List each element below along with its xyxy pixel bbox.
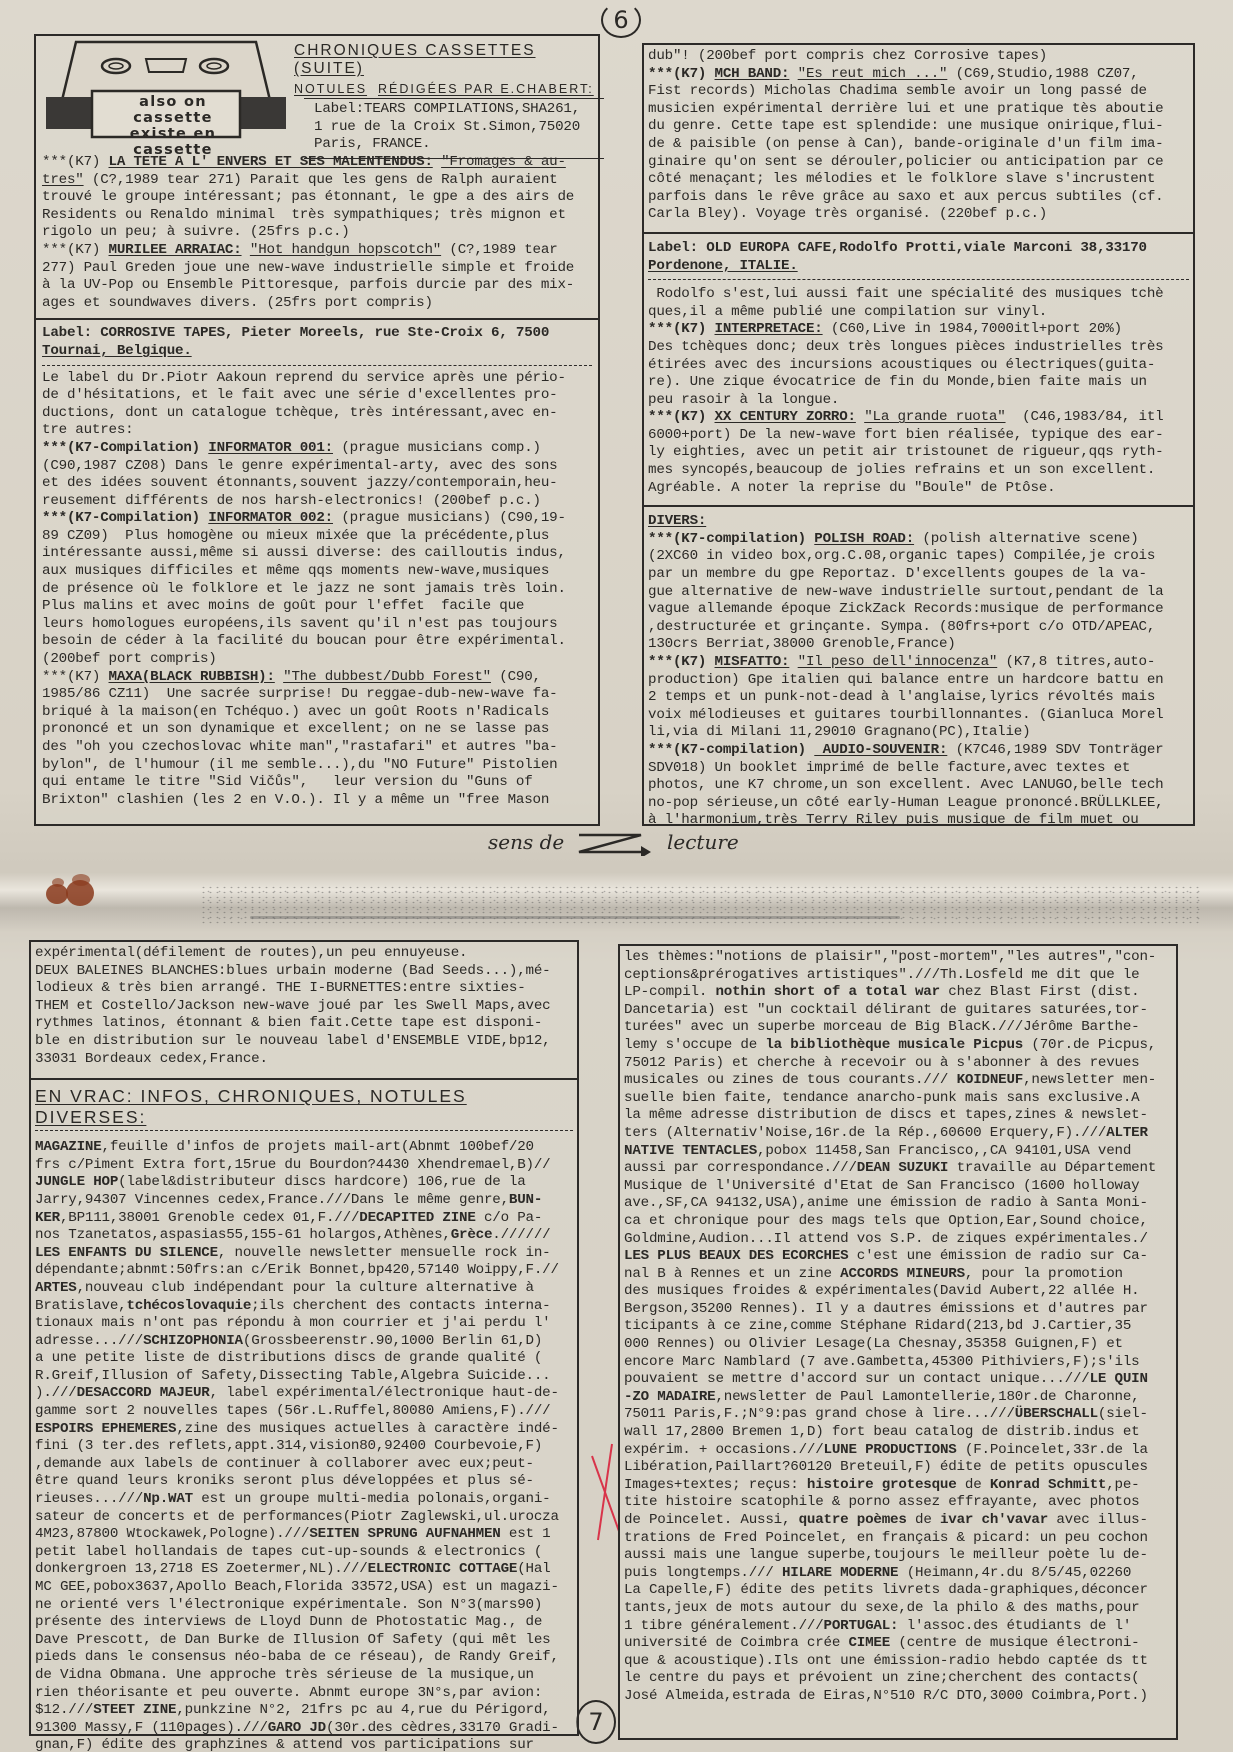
bold-text: SCHIZOPHONIA <box>143 1333 243 1349</box>
text-line: rien théorisante et peu ouverte. Abnmt e… <box>35 1685 573 1703</box>
text-span: (C90,1987 CZ08) Dans le genre expériment… <box>42 458 557 474</box>
text-span: étirées avec des incursions acoustiques … <box>648 357 1155 373</box>
text-span: chez Blast First (dist. <box>940 984 1140 1000</box>
text-line: Dave Prescott, de Dan Burke de Illusion … <box>35 1632 573 1650</box>
text-span: gnan,F) édite des graphzines & attend vo… <box>35 1737 534 1752</box>
text-span: LP-compil. <box>624 984 715 1000</box>
text-line: tite histoire scatophile & porno assez e… <box>624 1494 1172 1512</box>
text-span: à la UV-Pop ou Ensemble Pittoresque, par… <box>42 277 574 293</box>
text-span: (C?,1989 tear 271) Parait que les gens d… <box>84 172 558 188</box>
text-span: suelle bien faite, tendance anarcho-punk… <box>624 1090 1139 1106</box>
text-span: DEUX BALEINES BLANCHES:blues urbain mode… <box>35 963 550 979</box>
label-line: Paris, FRANCE. <box>314 136 604 154</box>
text-line: ceptions&prérogatives artistiques".///Th… <box>624 967 1172 985</box>
text-span: présente des interviews de Lloyd Dunn de… <box>35 1614 542 1630</box>
text-line: Le label du Dr.Piotr Aakoun reprend du s… <box>42 370 592 388</box>
text-span: besoin de céder à la facilité du boucan … <box>42 633 566 649</box>
text-span: ca et chronique pour des mags tels que O… <box>624 1213 1148 1229</box>
text-line: à l'harmonium,très Terry Riley puis musi… <box>648 812 1189 830</box>
bold-text: LES ENFANTS DU SILENCE <box>35 1245 218 1261</box>
text-span: (C?,1989 tear <box>441 242 557 258</box>
text-line: ductions, dont un catalogue tchèque, trè… <box>42 405 592 423</box>
bold-text: NATIVE TENTACLES <box>624 1143 757 1159</box>
text-span: (2XC60 in video box,org.C.08,organic tap… <box>648 548 1155 564</box>
text-line: ages et soundwaves divers. (25frs port c… <box>42 295 592 313</box>
text-span: R.Greif,Illusion of Safety,Dissecting Ta… <box>35 1368 550 1384</box>
text-line: de Poincelet. Aussi, quatre poèmes de iv… <box>624 1512 1172 1530</box>
text-line: que & acoustique).Ils ont une émission-r… <box>624 1653 1172 1671</box>
text-span: tants,jeux de mots autour du sexe,de la … <box>624 1600 1139 1616</box>
text-span: ticipants à ce zine,comme Stéphane Ridar… <box>624 1318 1131 1334</box>
text-span: expérimental(défilement de routes),un pe… <box>35 945 467 961</box>
text-span: (Heimann,4r.du 8/5/45,02260 <box>898 1565 1131 1581</box>
text-span: adresse.../// <box>35 1333 143 1349</box>
text-line: 6000+port) De la new-wave fort bien réal… <box>648 427 1189 445</box>
text-span: prononcé et un son dynamique et excellen… <box>42 721 549 737</box>
bold-text: MURILEE ARRAIAC: <box>109 242 242 258</box>
text-line: université de Coimbra crée CIMEE (centre… <box>624 1635 1172 1653</box>
text-span: 75011 Paris,F.;N°9:pas grand chose à lir… <box>624 1406 1015 1422</box>
text-span: petit label hollandais de tapes cut-up-s… <box>35 1544 542 1560</box>
text-line: ***(K7) MURILEE ARRAIAC: "Hot handgun ho… <box>42 242 592 260</box>
text-line: par un membre du gpe Reportaz. D'excelle… <box>648 566 1189 584</box>
text-span: être quand leurs kroniks seront plus dév… <box>35 1473 534 1489</box>
text-line: (C90,1987 CZ08) Dans le genre expériment… <box>42 458 592 476</box>
text-line: voix mélodieuses et guitares tourbillonn… <box>648 707 1189 725</box>
text-line: MC GEE,pobox3637,Apollo Beach,Florida 33… <box>35 1579 573 1597</box>
bold-text: quatre poèmes <box>799 1512 907 1528</box>
divers-reviews: ***(K7-compilation) POLISH ROAD: (polish… <box>648 531 1189 830</box>
text-line: musicien expérimental derrière lui et un… <box>648 101 1189 119</box>
divider <box>648 279 1189 280</box>
text-span <box>856 409 864 425</box>
text-line: frs c/Piment Extra fort,15rue du Bourdon… <box>35 1157 573 1175</box>
text-line: (2XC60 in video box,org.C.08,organic tap… <box>648 548 1189 566</box>
text-span: (30r.des cèdres,33170 Gradi- <box>326 1720 559 1736</box>
text-line: rythmes latinos, étonnant & bien fait.Ce… <box>35 1015 573 1033</box>
bottom-right-column: les thèmes:"notions de plaisir","post-mo… <box>618 944 1178 1740</box>
text-span: est 1 <box>501 1526 551 1542</box>
bold-text: ACCORDS MINEURS <box>840 1266 965 1282</box>
text-span: ,pobox 11458,San Francisco,,CA 94101,USA… <box>757 1143 1131 1159</box>
text-span: c'est une émission de radio sur Ca- <box>848 1248 1147 1264</box>
bold-text: Np.WAT <box>143 1491 193 1507</box>
text-line: qui entame le titre "Sid Vičůs", leur ve… <box>42 774 592 792</box>
chroniques-title: CHRONIQUES CASSETTES (SUITE) <box>294 42 594 78</box>
text-line: Bergson,35200 Rennes). Il y a dautres ém… <box>624 1301 1172 1319</box>
text-span: avec illus- <box>1048 1512 1148 1528</box>
old-europa-reviews: Rodolfo s'est,lui aussi fait une spécial… <box>648 286 1189 497</box>
bold-text: ***(K7-Compilation) <box>42 440 208 456</box>
text-line: ne orienté vers l'électronique expérimen… <box>35 1597 573 1615</box>
bold-text: Grèce <box>451 1227 493 1243</box>
text-span: (C69,Studio,1988 CZ07, <box>947 66 1138 82</box>
text-span: rieuses.../// <box>35 1491 143 1507</box>
text-line: ginaire qu'on sent se dérouler,policier … <box>648 154 1189 172</box>
text-span: Bergson,35200 Rennes). Il y a dautres ém… <box>624 1301 1148 1317</box>
text-span: aussi mais une langue superbe,toujours l… <box>624 1547 1148 1563</box>
text-line: présente des interviews de Lloyd Dunn de… <box>35 1614 573 1632</box>
text-span: ,newsletter men- <box>1023 1072 1156 1088</box>
text-span: ,newsletter de Paul Lamontellerie,180r.d… <box>715 1389 1139 1405</box>
text-span: ave.,SF,CA 94132,USA),anime une émission… <box>624 1195 1148 1211</box>
top-left-column: also on cassette existe en cassette CHRO… <box>34 34 600 826</box>
en-vrac-notes-continued: les thèmes:"notions de plaisir","post-mo… <box>624 949 1172 1706</box>
text-span: pouvaient se mettre d'accord sur un cont… <box>624 1371 1090 1387</box>
text-span: ques,il a même publié une compilation su… <box>648 304 1047 320</box>
text-span: Musique de l'Université d'Etat de San Fr… <box>624 1178 1139 1194</box>
bold-text: KOIDNEUF <box>957 1072 1024 1088</box>
text-line: a une petite liste de distributions disc… <box>35 1350 573 1368</box>
cassette-line-2: existe en cassette <box>98 126 248 158</box>
text-line: turées" avec un superbe morceau de Big B… <box>624 1019 1172 1037</box>
text-span: Goldmine,Audion...Il attend vos S.P. de … <box>624 1231 1148 1247</box>
text-span: lemy s'occupe de <box>624 1037 765 1053</box>
text-line: reusement différents de nos harsh-electr… <box>42 493 592 511</box>
text-line: besoin de céder à la facilité du boucan … <box>42 633 592 651</box>
text-line: donkergroen 13,2718 ES Zoetermer,NL).///… <box>35 1561 573 1579</box>
text-line: 75011 Paris,F.;N°9:pas grand chose à lir… <box>624 1406 1172 1424</box>
label-line: 1 rue de la Croix St.Simon,75020 <box>314 119 604 137</box>
text-line: sateur de concerts et de performances(Pi… <box>35 1509 573 1527</box>
text-span: de d'hésitations, et le fait avec une sé… <box>42 387 557 403</box>
text-span: 75012 Paris) et cherche à recevoir ou à … <box>624 1055 1139 1071</box>
reading-direction-left: sens de <box>488 830 564 854</box>
bold-text: DECAPITED ZINE <box>359 1210 475 1226</box>
text-span: le centre du pays et prévoient un zine;c… <box>624 1670 1139 1686</box>
text-line: adresse...///SCHIZOPHONIA(Grossbeerenstr… <box>35 1333 573 1351</box>
text-line: ble en distribution sur le nouveau label… <box>35 1033 573 1051</box>
text-span: expérim. + occasions./// <box>624 1442 824 1458</box>
bold-text: ARTES <box>35 1280 77 1296</box>
text-line: (200bef port compris) <box>42 651 592 669</box>
text-line: des musiques froides & expérimentales(Da… <box>624 1283 1172 1301</box>
text-line: de & paisible (on pense à Can), bande-or… <box>648 136 1189 154</box>
text-line: 89 CZ09) Plus homogène ou mieux mixée qu… <box>42 528 592 546</box>
text-line: ***(K7) XX CENTURY ZORRO: "La grande ruo… <box>648 409 1189 427</box>
red-x-mark <box>590 1442 620 1542</box>
text-span: les thèmes:"notions de plaisir","post-mo… <box>624 949 1156 965</box>
text-span: no-pop sérieuse,un côté early-Human Leag… <box>648 795 1163 811</box>
text-line: vague allemande époque ZickZack Records:… <box>648 601 1189 619</box>
compilation-review-end: expérimental(défilement de routes),un pe… <box>35 945 573 1068</box>
text-span: , pour la promotion <box>965 1266 1123 1282</box>
text-span: c/o Pa- <box>476 1210 543 1226</box>
z-arrow-icon <box>575 832 657 856</box>
text-span <box>789 66 797 82</box>
tears-label-address: Label:TEARS COMPILATIONS,SHA261, 1 rue d… <box>304 98 604 159</box>
en-vrac-title: EN VRAC: INFOS, CHRONIQUES, NOTULES DIVE… <box>35 1086 467 1127</box>
text-line: LES PLUS BEAUX DES ECORCHES c'est une ém… <box>624 1248 1172 1266</box>
text-span: (K7,8 titres,auto- <box>997 654 1155 670</box>
text-span: (C90, <box>491 669 541 685</box>
text-line: Carla Bley). Voyage très organisé. (220b… <box>648 206 1189 224</box>
text-span: José Almeida,estrada de Eiras,N°510 R/C … <box>624 1688 1148 1704</box>
bold-text: ÜBERSCHALL <box>1015 1406 1098 1422</box>
text-line: Jarry,94307 Vincennes cedex,France.///Da… <box>35 1192 573 1210</box>
text-span: bylon", de l'humour (il me semble...),du… <box>42 757 557 773</box>
text-line: ,demande aux labels de continuer à colla… <box>35 1456 573 1474</box>
text-span: mes syncopés,beaucoup de jolies refrains… <box>648 462 1155 478</box>
text-span: ceptions&prérogatives artistiques".///Th… <box>624 967 1139 983</box>
text-span: frs c/Piment Extra fort,15rue du Bourdon… <box>35 1157 550 1173</box>
bold-text: HILARE MODERNE <box>782 1565 898 1581</box>
text-line: parfois dans le rêve grâce au saxo et au… <box>648 189 1189 207</box>
text-line: Plus malins et avec moins de goût pour l… <box>42 598 592 616</box>
text-line: Agréable. A noter la reprise du "Boule" … <box>648 480 1189 498</box>
text-span: leurs homologues européens,ils savent qu… <box>42 616 557 632</box>
text-span: qui entame le titre "Sid Vičůs", leur ve… <box>42 774 533 790</box>
text-span: (F.Poincelet,33r.de la <box>957 1442 1148 1458</box>
text-line: 2 temps et un punk-not-dead à l'anglaise… <box>648 689 1189 707</box>
text-span: encore Marc Namblard (7 ave.Gambetta,453… <box>624 1354 1139 1370</box>
text-line: rigolo un peu; à suivre. (25frs p.c.) <box>42 224 592 242</box>
text-span: li,via di Milani 11,29010 Gragnano(PC),I… <box>648 724 1030 740</box>
top-right-column: dub"! (200bef port compris chez Corrosiv… <box>642 43 1195 826</box>
text-span: Plus malins et avec moins de goût pour l… <box>42 598 524 614</box>
bold-text: LUNE PRODUCTIONS <box>824 1442 957 1458</box>
text-line: Fist records) Micholas Chadima semble av… <box>648 83 1189 101</box>
text-line: de présence où le folklore et le jazz ne… <box>42 581 592 599</box>
text-span: Carla Bley). Voyage très organisé. (220b… <box>648 206 1047 222</box>
text-line: ).///DESACCORD MAJEUR, label expérimenta… <box>35 1385 573 1403</box>
text-line: 1985/86 CZ11) Une sacrée surprise! Du re… <box>42 686 592 704</box>
text-span: travaille au Département <box>948 1160 1156 1176</box>
text-span: "Es reut mich ..." <box>798 66 948 82</box>
text-line: ***(K7) MAXA(BLACK RUBBISH): "The dubbes… <box>42 669 592 687</box>
text-line: ***(K7-Compilation) INFORMATOR 001: (pra… <box>42 440 592 458</box>
text-line: R.Greif,Illusion of Safety,Dissecting Ta… <box>35 1368 573 1386</box>
cassette-caption: also on cassette existe en cassette <box>98 94 248 158</box>
text-span: tres" <box>42 172 84 188</box>
text-span: Dave Prescott, de Dan Burke de Illusion … <box>35 1632 550 1648</box>
text-span: 1 tibre généralement./// <box>624 1618 824 1634</box>
text-line: lemy s'occupe de la bibliothèque musical… <box>624 1037 1172 1055</box>
text-span: (label&distributeur discs hardcore) 106,… <box>118 1174 525 1190</box>
rust-stain <box>66 880 94 906</box>
text-span: 1985/86 CZ11) Une sacrée surprise! Du re… <box>42 686 557 702</box>
text-span: dub"! (200bef port compris chez Corrosiv… <box>648 48 1047 64</box>
text-span: 130crs Berriat,38000 Grenoble,France) <box>648 636 956 652</box>
text-line: ***(K7-compilation) POLISH ROAD: (polish… <box>648 531 1189 549</box>
text-span: est un groupe multi-media polonais,organ… <box>193 1491 551 1507</box>
text-line: Rodolfo s'est,lui aussi fait une spécial… <box>648 286 1189 304</box>
text-line: li,via di Milani 11,29010 Gragnano(PC),I… <box>648 724 1189 742</box>
text-line: côté menaçant; les mélodies et le folklo… <box>648 171 1189 189</box>
bold-text: DEAN SUZUKI <box>857 1160 948 1176</box>
text-line: ESPOIRS EPHEMERES,zine des musiques actu… <box>35 1421 573 1439</box>
text-line: ***(K7-compilation) AUDIO-SOUVENIR: (K7C… <box>648 742 1189 760</box>
text-span: 33031 Bordeaux cedex,France. <box>35 1051 268 1067</box>
text-line: puis longtemps./// HILARE MODERNE (Heima… <box>624 1565 1172 1583</box>
text-span: par un membre du gpe Reportaz. D'excelle… <box>648 566 1147 582</box>
text-line: peu rasoir à la longue. <box>648 392 1189 410</box>
bold-text: ***(K7-compilation) <box>648 531 814 547</box>
text-span: rigolo un peu; à suivre. (25frs p.c.) <box>42 224 350 240</box>
text-span: Dancetaria) est "un cocktail délirant de… <box>624 1002 1148 1018</box>
text-span: gamme sort 2 nouvelles tapes (56r.L.Ruff… <box>35 1403 550 1419</box>
text-span: sateur de concerts et de performances(Pi… <box>35 1509 559 1525</box>
text-line: et des idées souvent étonnants,souvent j… <box>42 475 592 493</box>
section-title: CHRONIQUES CASSETTES (SUITE) NOTULES RÉD… <box>294 42 594 96</box>
bottom-left-column: expérimental(défilement de routes),un pe… <box>29 940 579 1736</box>
text-line: KER,BP111,38001 Grenoble cedex 01,F.///D… <box>35 1210 573 1228</box>
text-span: peu rasoir à la longue. <box>648 392 839 408</box>
bold-text: STEET ZINE <box>93 1702 176 1718</box>
text-line: 130crs Berriat,38000 Grenoble,France) <box>648 636 1189 654</box>
chroniques-subtitle: NOTULES RÉDIGÉES PAR E.CHABERT: <box>294 82 594 96</box>
text-span: trouvé le groupe intéressant; pas étonna… <box>42 189 574 205</box>
text-span: reusement différents de nos harsh-electr… <box>42 493 541 509</box>
text-span: Residents ou Renaldo minimal très sympat… <box>42 207 566 223</box>
text-line: DEUX BALEINES BLANCHES:blues urbain mode… <box>35 963 573 981</box>
text-span: rien théorisante et peu ouverte. Abnmt e… <box>35 1685 542 1701</box>
text-line: Des tchèques donc; deux très longues piè… <box>648 339 1189 357</box>
text-line: José Almeida,estrada de Eiras,N°510 R/C … <box>624 1688 1172 1706</box>
text-line: les thèmes:"notions de plaisir","post-mo… <box>624 949 1172 967</box>
text-span: turées" avec un superbe morceau de Big B… <box>624 1019 1139 1035</box>
text-span: production) Gpe italien qui balance entr… <box>648 672 1163 688</box>
text-line: 1 tibre généralement.///PORTUGAL: l'asso… <box>624 1618 1172 1636</box>
text-span: SDV018) Un booklet imprimé de belle fact… <box>648 760 1130 776</box>
text-line: lodieux & très bien arrangé. THE I-BURNE… <box>35 980 573 998</box>
text-line: suelle bien faite, tendance anarcho-punk… <box>624 1090 1172 1108</box>
text-span: Bratislave, <box>35 1298 126 1314</box>
text-span: ble en distribution sur le nouveau label… <box>35 1033 550 1049</box>
bold-text: BUN- <box>509 1192 542 1208</box>
text-line: musicales ou zines de tous courants./// … <box>624 1072 1172 1090</box>
text-span: ne orienté vers l'électronique expérimen… <box>35 1597 542 1613</box>
reading-direction-right: lecture <box>667 830 739 854</box>
text-line: MAGAZINE,feuille d'infos de projets mail… <box>35 1139 573 1157</box>
text-line: leurs homologues européens,ils savent qu… <box>42 616 592 634</box>
text-span: gue alternative de new-wave industrielle… <box>648 584 1163 600</box>
text-line: $12.///STEET ZINE,punkzine N°2, 21frs pc… <box>35 1702 573 1720</box>
text-line: SDV018) Un booklet imprimé de belle fact… <box>648 760 1189 778</box>
bold-text: ***(K7) <box>648 654 715 670</box>
text-line: tants,jeux de mots autour du sexe,de la … <box>624 1600 1172 1618</box>
bold-text: nothin short of a total war <box>715 984 939 1000</box>
text-span: $12./// <box>35 1702 93 1718</box>
text-span: , label expérimental/électronique haut-d… <box>210 1385 559 1401</box>
text-line: aussi mais une langue superbe,toujours l… <box>624 1547 1172 1565</box>
text-span: ginaire qu'on sent se dérouler,policier … <box>648 154 1163 170</box>
text-span: intéressante aussi,même si aussi diverse… <box>42 545 566 561</box>
text-span: 91300 Massy,F (110pages)./// <box>35 1720 268 1736</box>
page-number-top: 6 <box>601 2 641 38</box>
divider <box>644 505 1193 507</box>
text-span: ,zine des musiques actuelles à caractère… <box>176 1421 558 1437</box>
text-line: La Capelle,F) édite des petits livrets d… <box>624 1582 1172 1600</box>
divider <box>42 365 592 366</box>
text-span <box>242 242 250 258</box>
text-span: ***(K7) <box>42 669 109 685</box>
text-line: expérim. + occasions.///LUNE PRODUCTIONS… <box>624 1442 1172 1460</box>
text-line: tres" (C?,1989 tear 271) Parait que les … <box>42 172 592 190</box>
text-line: gue alternative de new-wave industrielle… <box>648 584 1189 602</box>
bold-text: ***(K7) <box>648 321 715 337</box>
fold-noise <box>200 885 1200 925</box>
text-line: production) Gpe italien qui balance entr… <box>648 672 1189 690</box>
text-span: Fist records) Micholas Chadima semble av… <box>648 83 1147 99</box>
bold-text: histoire grotesque <box>807 1477 957 1493</box>
text-span: briqué à la maison(en Tchéquo.) avec un … <box>42 704 549 720</box>
text-span: ,nouveau club indépendant pour la cultur… <box>77 1280 534 1296</box>
text-span: rythmes latinos, étonnant & bien fait.Ce… <box>35 1015 542 1031</box>
text-line: la même adresse distribution de discs et… <box>624 1107 1172 1125</box>
text-line: 4M23,87800 Wtockawek,Pologne).///SEITEN … <box>35 1526 573 1544</box>
text-span: dépendante;abnmt:50frs:an c/Erik Bonnet,… <box>35 1262 559 1278</box>
bold-text: ***(K7-compilation) <box>648 742 814 758</box>
text-line: Residents ou Renaldo minimal très sympat… <box>42 207 592 225</box>
text-span: 000 Rennes) ou Olivier Lesage(La Chesnay… <box>624 1336 1123 1352</box>
text-line: du genre. Cette tape est splendide: une … <box>648 118 1189 136</box>
text-line: étirées avec des incursions acoustiques … <box>648 357 1189 375</box>
text-span: (C46,1983/84, itl <box>1006 409 1164 425</box>
text-line: LES ENFANTS DU SILENCE, nouvelle newslet… <box>35 1245 573 1263</box>
corrosive-label-header: Label: CORROSIVE TAPES, Pieter Moreels, … <box>42 325 592 343</box>
text-span: wall 17,2800 Bremen 1,D) fort beau catal… <box>624 1424 1139 1440</box>
text-line: LP-compil. nothin short of a total war c… <box>624 984 1172 1002</box>
text-span: de Vidna Obmana. Une approche très série… <box>35 1667 534 1683</box>
text-line: no-pop sérieuse,un côté early-Human Leag… <box>648 795 1189 813</box>
text-line: de Vidna Obmana. Une approche très série… <box>35 1667 573 1685</box>
text-line: re). Une zique évocatrice de fin du Mond… <box>648 374 1189 392</box>
text-span: trations de Fred Poincelet, en français … <box>624 1530 1148 1546</box>
text-span: .////// <box>492 1227 550 1243</box>
text-span: photos, une K7 chrome,un son excellent. … <box>648 777 1163 793</box>
text-span: de & paisible (on pense à Can), bande-or… <box>648 136 1163 152</box>
bold-text: MISFATTO: <box>715 654 790 670</box>
text-line: bylon", de l'humour (il me semble...),du… <box>42 757 592 775</box>
text-span: THEM et Costello/Jackson new-wave joué p… <box>35 998 550 1014</box>
text-span: ,punkzine N°2, 21frs pc au 4,rue du Péri… <box>176 1702 550 1718</box>
text-line: briqué à la maison(en Tchéquo.) avec un … <box>42 704 592 722</box>
text-line: de d'hésitations, et le fait avec une sé… <box>42 387 592 405</box>
text-span: (200bef port compris) <box>42 651 217 667</box>
text-span: "The dubbest/Dubb Forest" <box>283 669 491 685</box>
text-span: ages et soundwaves divers. (25frs port c… <box>42 295 433 311</box>
text-line: rieuses...///Np.WAT est un groupe multi-… <box>35 1491 573 1509</box>
text-span: nal B à Rennes et un zine <box>624 1266 840 1282</box>
text-line: des "oh you czechoslovac white man","ras… <box>42 739 592 757</box>
bold-text: SEITEN SPRUNG AUFNAHMEN <box>309 1526 500 1542</box>
text-span: puis longtemps./// <box>624 1565 782 1581</box>
bold-text: MCH BAND: <box>715 66 790 82</box>
text-line: aussi par correspondance.///DEAN SUZUKI … <box>624 1160 1172 1178</box>
text-span: Images+textes; reçus: <box>624 1477 807 1493</box>
text-span: ;ils cherchent des contacts interna- <box>251 1298 550 1314</box>
text-line: dub"! (200bef port compris chez Corrosiv… <box>648 48 1189 66</box>
text-span: "Hot handgun hopscotch" <box>250 242 441 258</box>
label-line: Label:TEARS COMPILATIONS,SHA261, <box>314 101 604 119</box>
text-span: "Il peso dell'innocenza" <box>798 654 998 670</box>
text-span: )./// <box>35 1385 77 1401</box>
bold-text: ivar ch'vavar <box>940 1512 1048 1528</box>
text-span: université de Coimbra crée <box>624 1635 848 1651</box>
text-span: et des idées souvent étonnants,souvent j… <box>42 475 557 491</box>
text-span: de <box>957 1477 990 1493</box>
text-line: 33031 Bordeaux cedex,France. <box>35 1051 573 1069</box>
text-span: (70r.de Picpus, <box>1023 1037 1156 1053</box>
bold-text: KER <box>35 1210 60 1226</box>
text-span: du genre. Cette tape est splendide: une … <box>648 118 1163 134</box>
text-line: trations de Fred Poincelet, en français … <box>624 1530 1172 1548</box>
old-europa-label-header: Label: OLD EUROPA CAFE,Rodolfo Protti,vi… <box>648 240 1189 258</box>
text-span: (K7C46,1989 SDV Tonträger <box>947 742 1163 758</box>
text-span: voix mélodieuses et guitares tourbillonn… <box>648 707 1163 723</box>
text-span: MC GEE,pobox3637,Apollo Beach,Florida 33… <box>35 1579 559 1595</box>
